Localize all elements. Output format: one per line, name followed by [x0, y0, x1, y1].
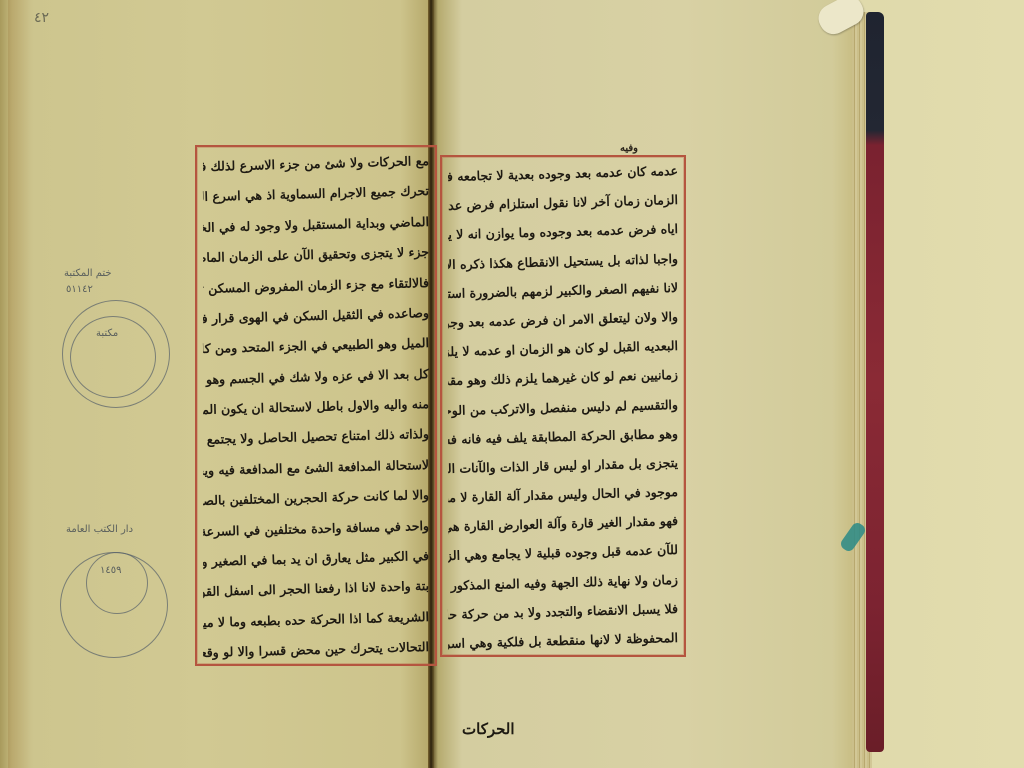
text-line: الميل وهو الطبيعي في الجزء المتحد ومن كا… — [203, 334, 429, 357]
text-line: في الكبير مثل يعارق ان يد بما في الصغير … — [203, 547, 429, 570]
text-line: الشريعة كما اذا الحركة حده بطبعه وما لا … — [203, 608, 429, 631]
stamp-2-inner-text: ١٤٥٩ — [100, 565, 121, 576]
stamp-sub: ٥١١٤٢ — [66, 284, 93, 295]
marginal-note: وفيه — [620, 143, 638, 154]
text-line: واجبا لذاته بل يستحيل الانقطاع هكذا ذكره… — [448, 250, 678, 273]
library-stamp-2-inner — [86, 552, 148, 614]
text-line: لاستحالة المدافعة الشئ مع المدافعة فيه و… — [203, 456, 429, 479]
text-line: منه واليه والاول باطل لاستحالة ان يكون ا… — [203, 395, 429, 418]
stamp-inner-text: مكتبة — [96, 328, 118, 339]
text-line: وصاعده في الثقيل السكن في الهوى قرار فيه… — [203, 304, 429, 327]
text-line: فلا يسبل الانقضاء والتجدد ولا بد من حركة… — [448, 600, 678, 623]
text-line: جزء لا يتجزى وتحقيق الآن على الزمان الما… — [203, 243, 429, 266]
stamp-label: ختم المكتبة — [64, 268, 112, 279]
text-line: لانا نفيهم الصغر والكبير لزمهم بالضرورة … — [448, 279, 678, 302]
water-stain — [8, 0, 34, 768]
text-line: الماضي وبداية المستقبل ولا وجود له في ال… — [203, 213, 429, 236]
folio-number: ٤٢ — [34, 10, 49, 26]
text-line: والا لما كانت حركة الحجرين المختلفين بال… — [203, 486, 429, 509]
text-line: وهو مطابق الحركة المطابقة يلف فيه فانه ف… — [448, 425, 678, 448]
text-line: البعديه القبل لو كان هو الزمان او عدمه ل… — [448, 337, 678, 360]
stamp-2-label: دار الكتب العامة — [66, 524, 133, 535]
text-line: فالالتقاء مع جزء الزمان المفروض المسكن ت… — [203, 274, 429, 297]
book-binding — [866, 12, 884, 752]
left-text-block: مع الحركات ولا شئ من جزء الاسرع لذلك فهو… — [195, 145, 437, 666]
text-line: والا ولان ليتعلق الامر ان فرض عدمه بعد و… — [448, 308, 678, 331]
text-line: الزمان زمان آخر لانا نقول استلزام فرض عد… — [448, 191, 678, 214]
text-line: للآن عدمه قبل وجوده قبلية لا يجامع وهي ا… — [448, 541, 678, 564]
text-line: تحرك جميع الاجرام السماوية اذ هي اسرع ال… — [203, 182, 429, 205]
text-line: التحالات يتحرك حين محض قسرا والا لو وقعت… — [203, 638, 429, 661]
text-line: موجود في الحال وليس مقدار آلة القارة لا … — [448, 483, 678, 506]
text-line: ولذاته ذلك امتناع تحصيل الحاصل ولا يجتمع… — [203, 425, 429, 448]
text-line: المحفوظة لا لانها منقطعة بل فلكية وهي اس… — [448, 629, 678, 652]
text-line: واحد في مسافة واحدة مختلفين في السرعة وا… — [203, 517, 429, 540]
right-text-block: عدمه كان عدمه بعد وجوده بعدية لا تجامعه … — [440, 155, 686, 657]
text-line: عدمه كان عدمه بعد وجوده بعدية لا تجامعه … — [448, 162, 678, 185]
text-line: زمان ولا نهاية ذلك الجهة وفيه المنع المذ… — [448, 571, 678, 594]
text-line: يتجزى بل مقدار او ليس قار الذات والآنات … — [448, 454, 678, 477]
text-line: زمانيين نعم لو كان غيرهما يلزم ذلك وهو م… — [448, 366, 678, 389]
text-line: والتقسيم لم دليس منفصل والاتركب من الوحد… — [448, 395, 678, 418]
catchword: الحركات — [462, 720, 515, 738]
text-line: اياه فرض عدمه بعد وجوده وما يوازن انه لا… — [448, 220, 678, 243]
text-line: كل بعد الا في عزه ولا شك في الجسم وهو جز… — [203, 365, 429, 388]
text-line: فهو مقدار الغير قارة وآلة العوارض القارة… — [448, 512, 678, 535]
text-line: بتة واحدة لانا اذا رفعنا الحجر الى اسفل … — [203, 577, 429, 600]
text-line: مع الحركات ولا شئ من جزء الاسرع لذلك فهو… — [203, 152, 429, 175]
